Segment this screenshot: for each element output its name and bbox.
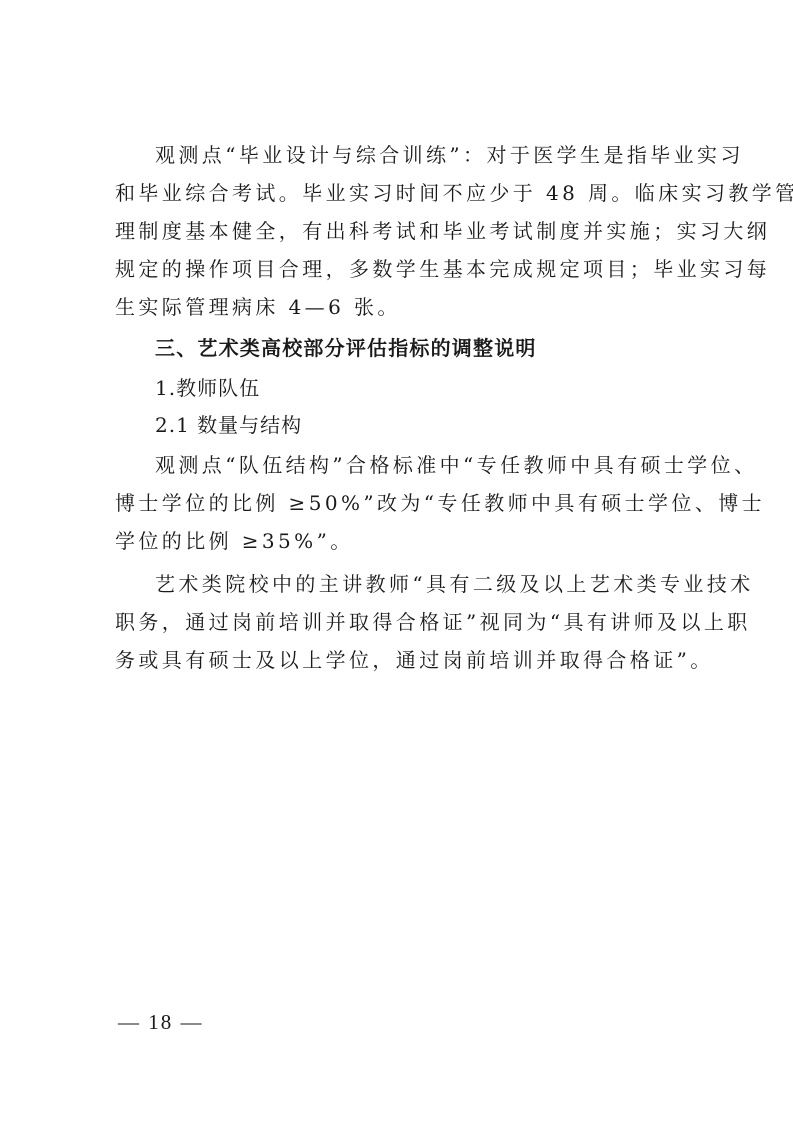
page-number: — 18 — <box>118 1010 204 1035</box>
subheading-teachers: 1.教师队伍 <box>155 376 730 400</box>
paragraph-line: 规定的操作项目合理，多数学生基本完成规定项目；毕业实习每 <box>115 257 690 281</box>
document-page: 观测点“毕业设计与综合训练”：对于医学生是指毕业实习 和毕业综合考试。毕业实习时… <box>0 0 793 1122</box>
paragraph-line: 和毕业综合考试。毕业实习时间不应少于 48 周。临床实习教学管 <box>115 181 690 205</box>
paragraph-line: 艺术类院校中的主讲教师“具有二级及以上艺术类专业技术 <box>155 572 730 596</box>
paragraph-line: 观测点“毕业设计与综合训练”：对于医学生是指毕业实习 <box>155 143 730 167</box>
paragraph-line: 理制度基本健全，有出科考试和毕业考试制度并实施；实习大纲 <box>115 219 690 243</box>
paragraph-line: 学位的比例 ≥35%”。 <box>115 529 690 553</box>
paragraph-line: 职务，通过岗前培训并取得合格证”视同为“具有讲师及以上职 <box>115 610 690 634</box>
subheading-quantity-structure: 2.1 数量与结构 <box>155 413 730 437</box>
section-heading: 三、艺术类高校部分评估指标的调整说明 <box>155 336 730 360</box>
paragraph-line: 生实际管理病床 4—6 张。 <box>115 295 690 319</box>
paragraph-line: 观测点“队伍结构”合格标准中“专任教师中具有硕士学位、 <box>155 453 730 477</box>
paragraph-line: 博士学位的比例 ≥50%”改为“专任教师中具有硕士学位、博士 <box>115 491 690 515</box>
paragraph-line: 务或具有硕士及以上学位，通过岗前培训并取得合格证”。 <box>115 648 690 672</box>
